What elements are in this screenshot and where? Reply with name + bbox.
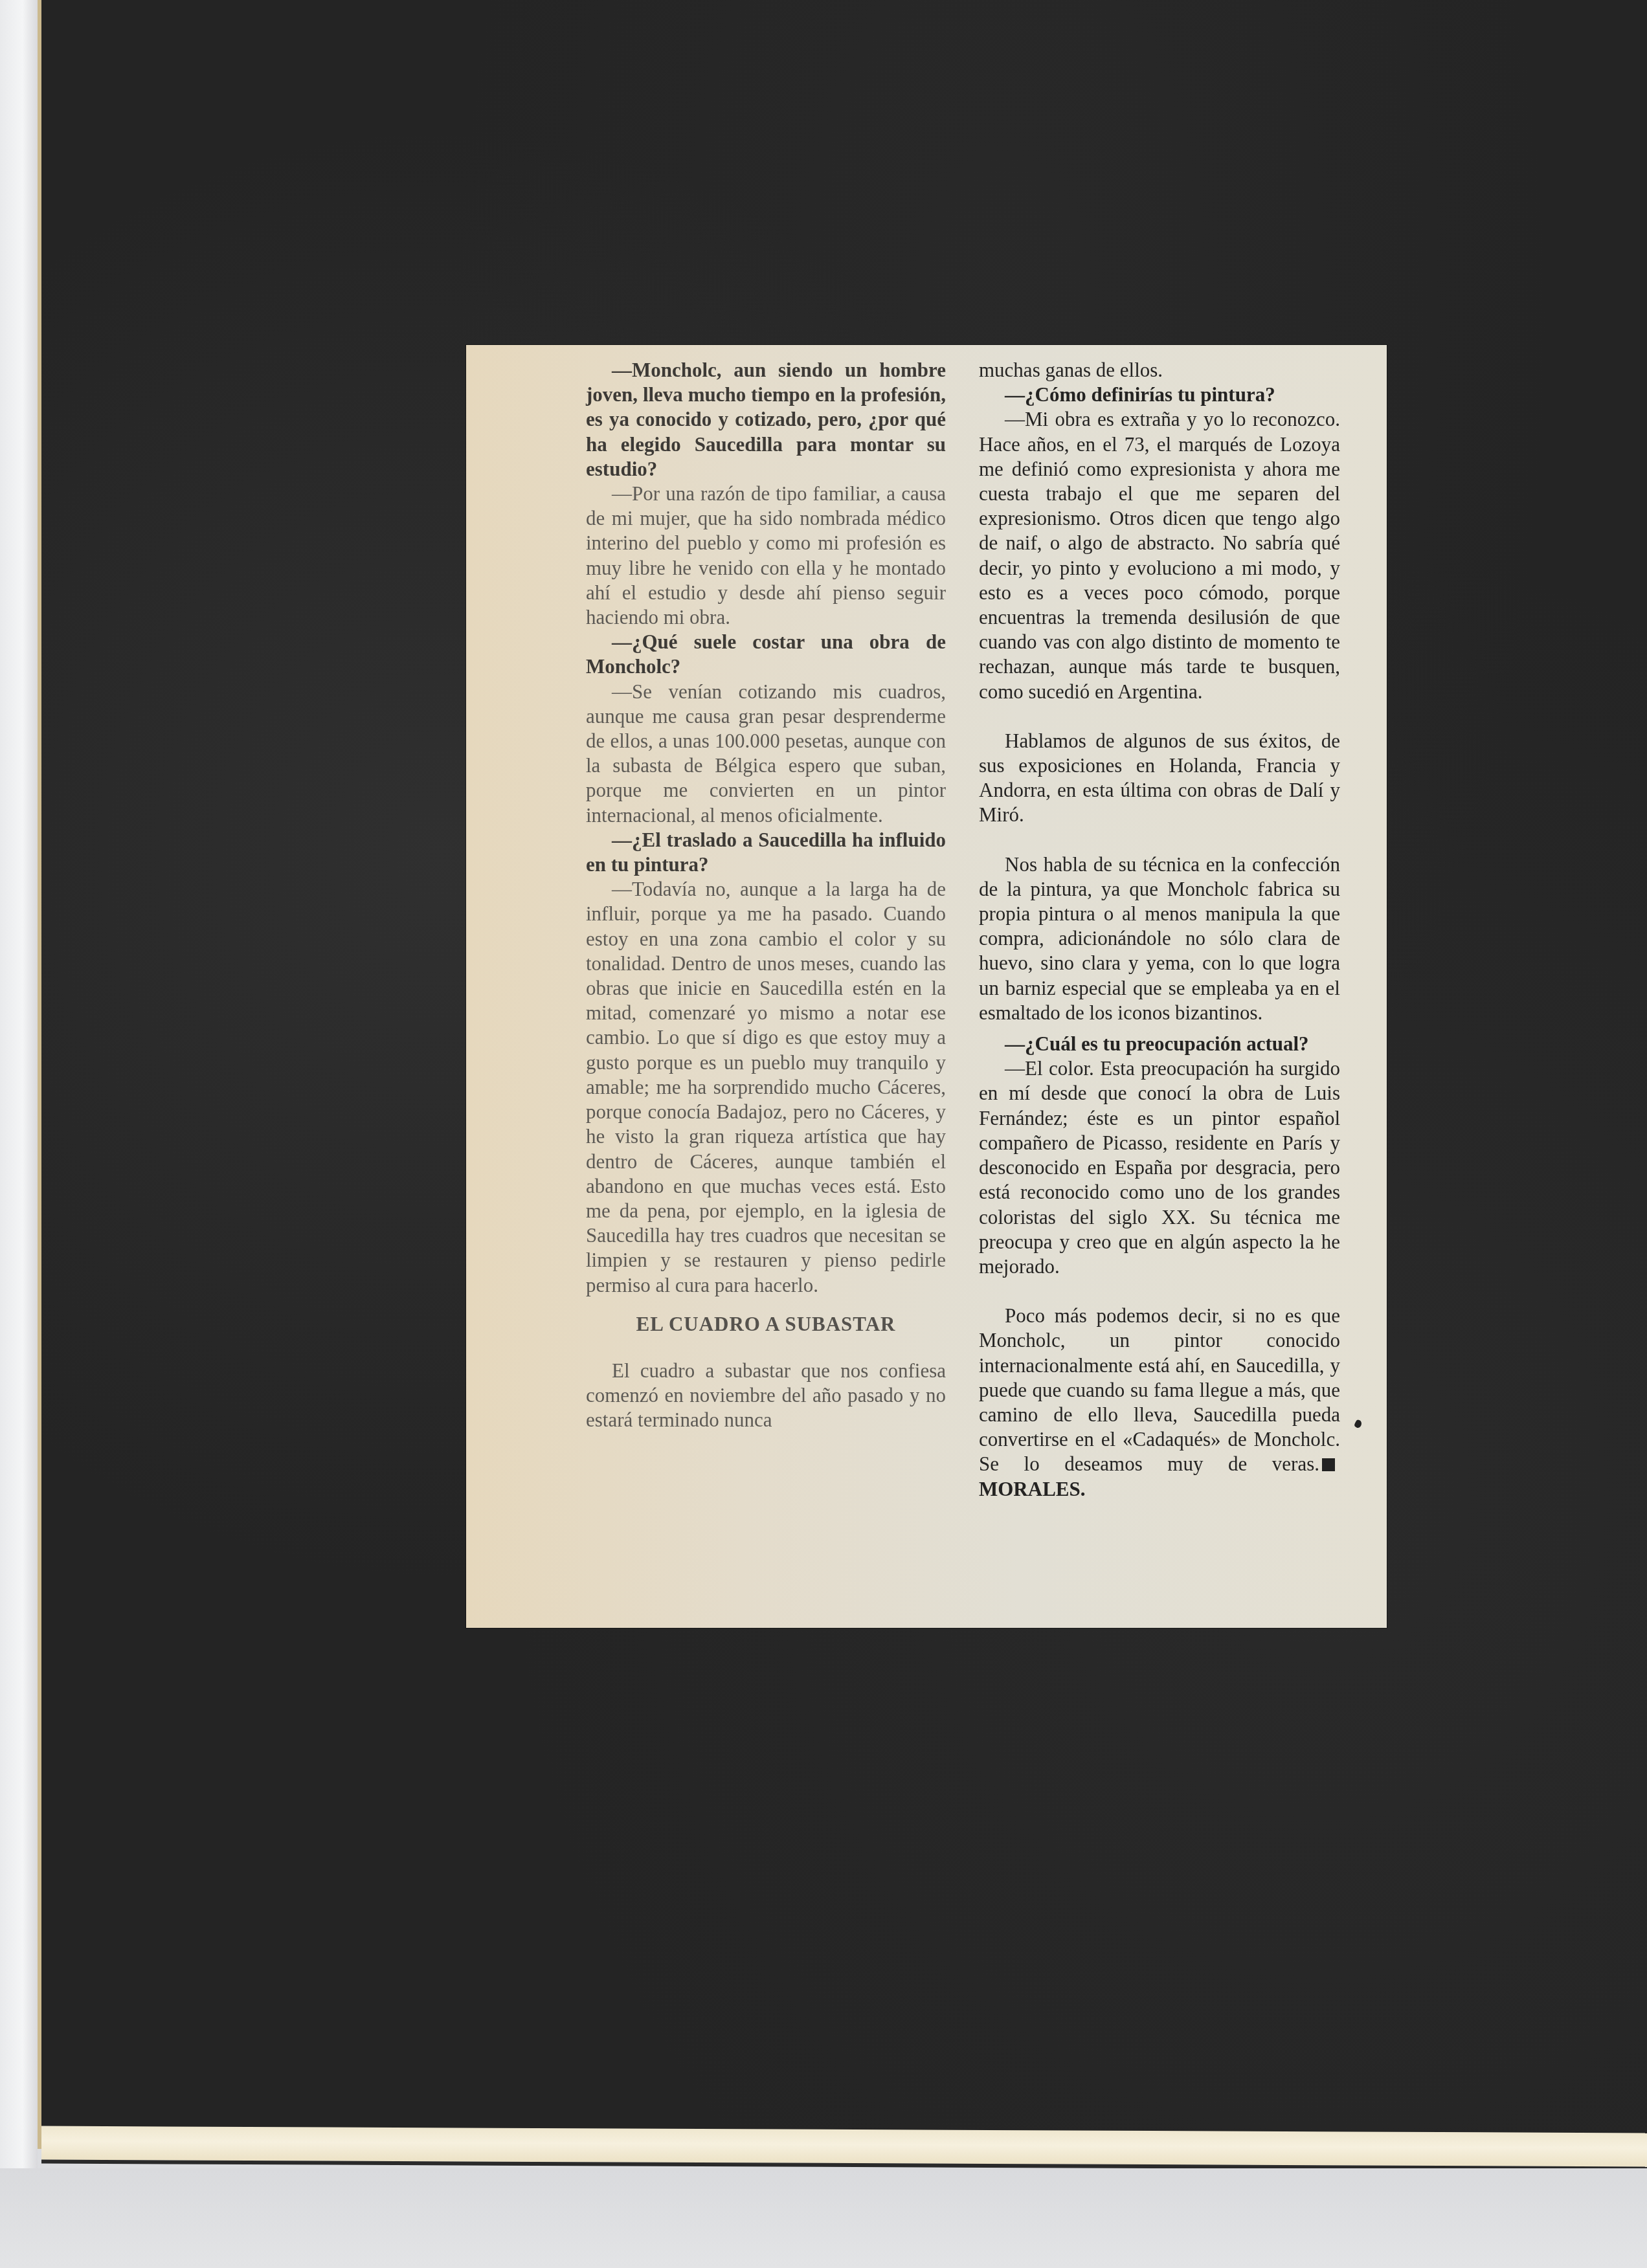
answer: —Todavía no, aunque a la larga ha de inf… [586,877,946,1297]
answer: —Se venían cotizando mis cuadros, aunque… [586,680,946,828]
answer: —El color. Esta preocupación ha surgido … [979,1056,1340,1279]
question: —Moncholc, aun siendo un hombre joven, l… [586,358,946,482]
closing-text: Poco más podemos decir, si no es que Mon… [979,1304,1340,1475]
scanner-margin [0,0,38,2268]
scanner-bed [0,2168,1647,2268]
board-edge [38,0,41,2149]
byline: MORALES. [979,1478,1086,1500]
paragraph: Hablamos de algunos de sus éxitos, de su… [979,729,1340,828]
newspaper-clipping: —Moncholc, aun siendo un hombre joven, l… [466,345,1387,1628]
continuation: muchas ganas de ellos. [979,358,1340,383]
paper-strip [41,2126,1647,2171]
right-column: muchas ganas de ellos. —¿Cómo definirías… [979,358,1340,1502]
closing-paragraph: Poco más podemos decir, si no es que Mon… [979,1304,1340,1502]
question: —¿Cómo definirías tu pintura? [979,383,1340,407]
paragraph: El cuadro a subastar que nos confiesa co… [586,1359,946,1433]
question: —¿Qué suele costar una obra de Moncholc? [586,630,946,679]
question: —¿El traslado a Saucedilla ha influido e… [586,828,946,877]
black-square-icon [1322,1458,1335,1471]
answer: —Por una razón de tipo familiar, a causa… [586,482,946,630]
answer: —Mi obra es extraña y yo lo reconozco. H… [979,407,1340,704]
question: —¿Cuál es tu preocupación actual? [979,1032,1340,1056]
section-subheading: EL CUADRO A SUBASTAR [586,1312,946,1337]
paragraph: Nos habla de su técnica en la confección… [979,852,1340,1025]
left-column: —Moncholc, aun siendo un hombre joven, l… [586,358,946,1433]
